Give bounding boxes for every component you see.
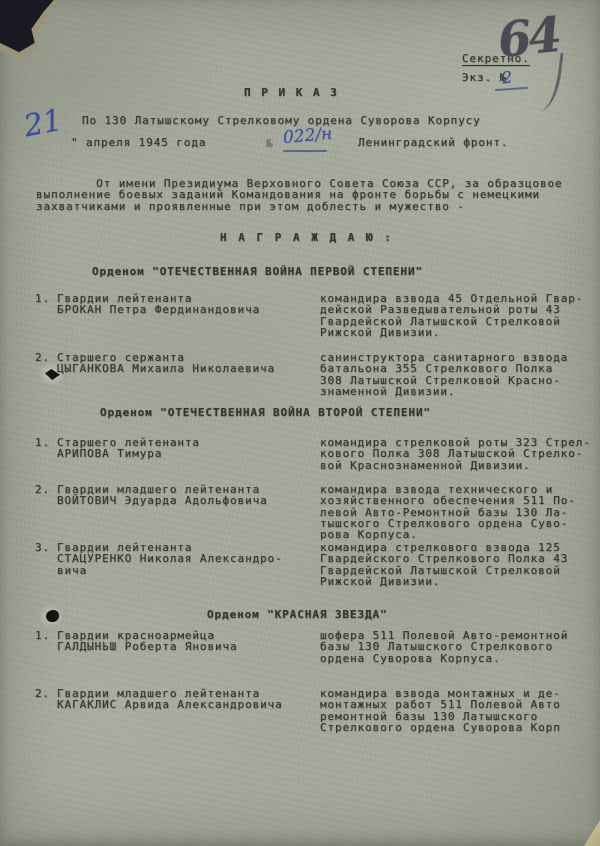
- recipient-name: Старшего лейтенанта АРИПОВА Тимура: [57, 437, 200, 460]
- entry-number: 1.: [35, 630, 50, 641]
- entry-number: 2.: [35, 352, 50, 363]
- section-heading: Орденом "ОТЕЧЕСТВЕННАЯ ВОЙНА ПЕРВОЙ СТЕП…: [92, 266, 423, 277]
- order-number-underline: [283, 150, 327, 152]
- date-quote: ": [71, 137, 79, 148]
- entry-number: 1.: [35, 293, 50, 304]
- handwritten-day: 21: [21, 103, 65, 145]
- section-heading: Орденом "ОТЕЧЕСТВЕННАЯ ВОЙНА ВТОРОЙ СТЕП…: [100, 407, 431, 418]
- section-heading: Орденом "КРАСНАЯ ЗВЕЗДА": [207, 609, 388, 620]
- recipient-name: Гвардии младшего лейтенанта ВОЙТОВИЧ Эду…: [57, 484, 268, 507]
- recipient-name: Старшего сержанта ЦЫГАНКОВА Михаила Нико…: [57, 352, 275, 375]
- copy-number-handwritten: 2: [501, 68, 513, 88]
- award-description: шофера 511 Полевой Авто-ремонтной базы 1…: [320, 630, 568, 664]
- order-number-handwritten: 022/н: [282, 124, 333, 148]
- recipient-name: Гвардии красноармейца ГАЛДЫНЬШ Роберта Я…: [57, 630, 238, 653]
- entry-number: 3.: [35, 542, 50, 553]
- punch-hole: [46, 610, 59, 622]
- award-description: командира взвода монтажных и де- монтажн…: [320, 688, 561, 733]
- document-page: Секретно. Экз. № 2 64 П Р И К А З По 130…: [0, 0, 600, 846]
- recipient-name: Гвардии лейтенанта БРОКАН Петра Фердинан…: [57, 293, 260, 316]
- preamble-text: От имени Президиума Верховного Совета Со…: [36, 178, 563, 212]
- award-description: командира взвода технического и хозяйств…: [320, 484, 576, 540]
- award-description: командира взвода 45 Отдельной Гвар- дейс…: [320, 293, 583, 338]
- copy-number-underline: [495, 87, 528, 91]
- order-subtitle: По 130 Латышскому Стрелковому ордена Сув…: [82, 115, 481, 126]
- entry-number: 2.: [35, 688, 50, 699]
- page-curl: [584, 820, 600, 846]
- order-title: П Р И К А З: [244, 87, 339, 98]
- award-description: командира стрелкового взвода 125 Гвардей…: [320, 542, 568, 587]
- award-heading: Н А Г Р А Ж Д А Ю :: [220, 232, 393, 243]
- award-description: командира стрелковой роты 323 Стрел- ков…: [320, 437, 591, 471]
- front-name: Ленинградский фронт.: [358, 137, 508, 148]
- recipient-name: Гвардии младшего лейтенанта КАГАКЛИС Арв…: [57, 688, 283, 711]
- number-sign: №: [266, 138, 274, 149]
- entry-number: 1.: [35, 437, 50, 448]
- date-text: апреля 1945 года: [86, 137, 206, 148]
- copy-label: Экз. №: [462, 72, 507, 83]
- recipient-name: Гвардии лейтенанта СТАЦУРЕНКО Николая Ал…: [57, 542, 283, 576]
- award-description: санинструктора санитарного взвода баталь…: [320, 352, 568, 397]
- entry-number: 2.: [35, 484, 50, 495]
